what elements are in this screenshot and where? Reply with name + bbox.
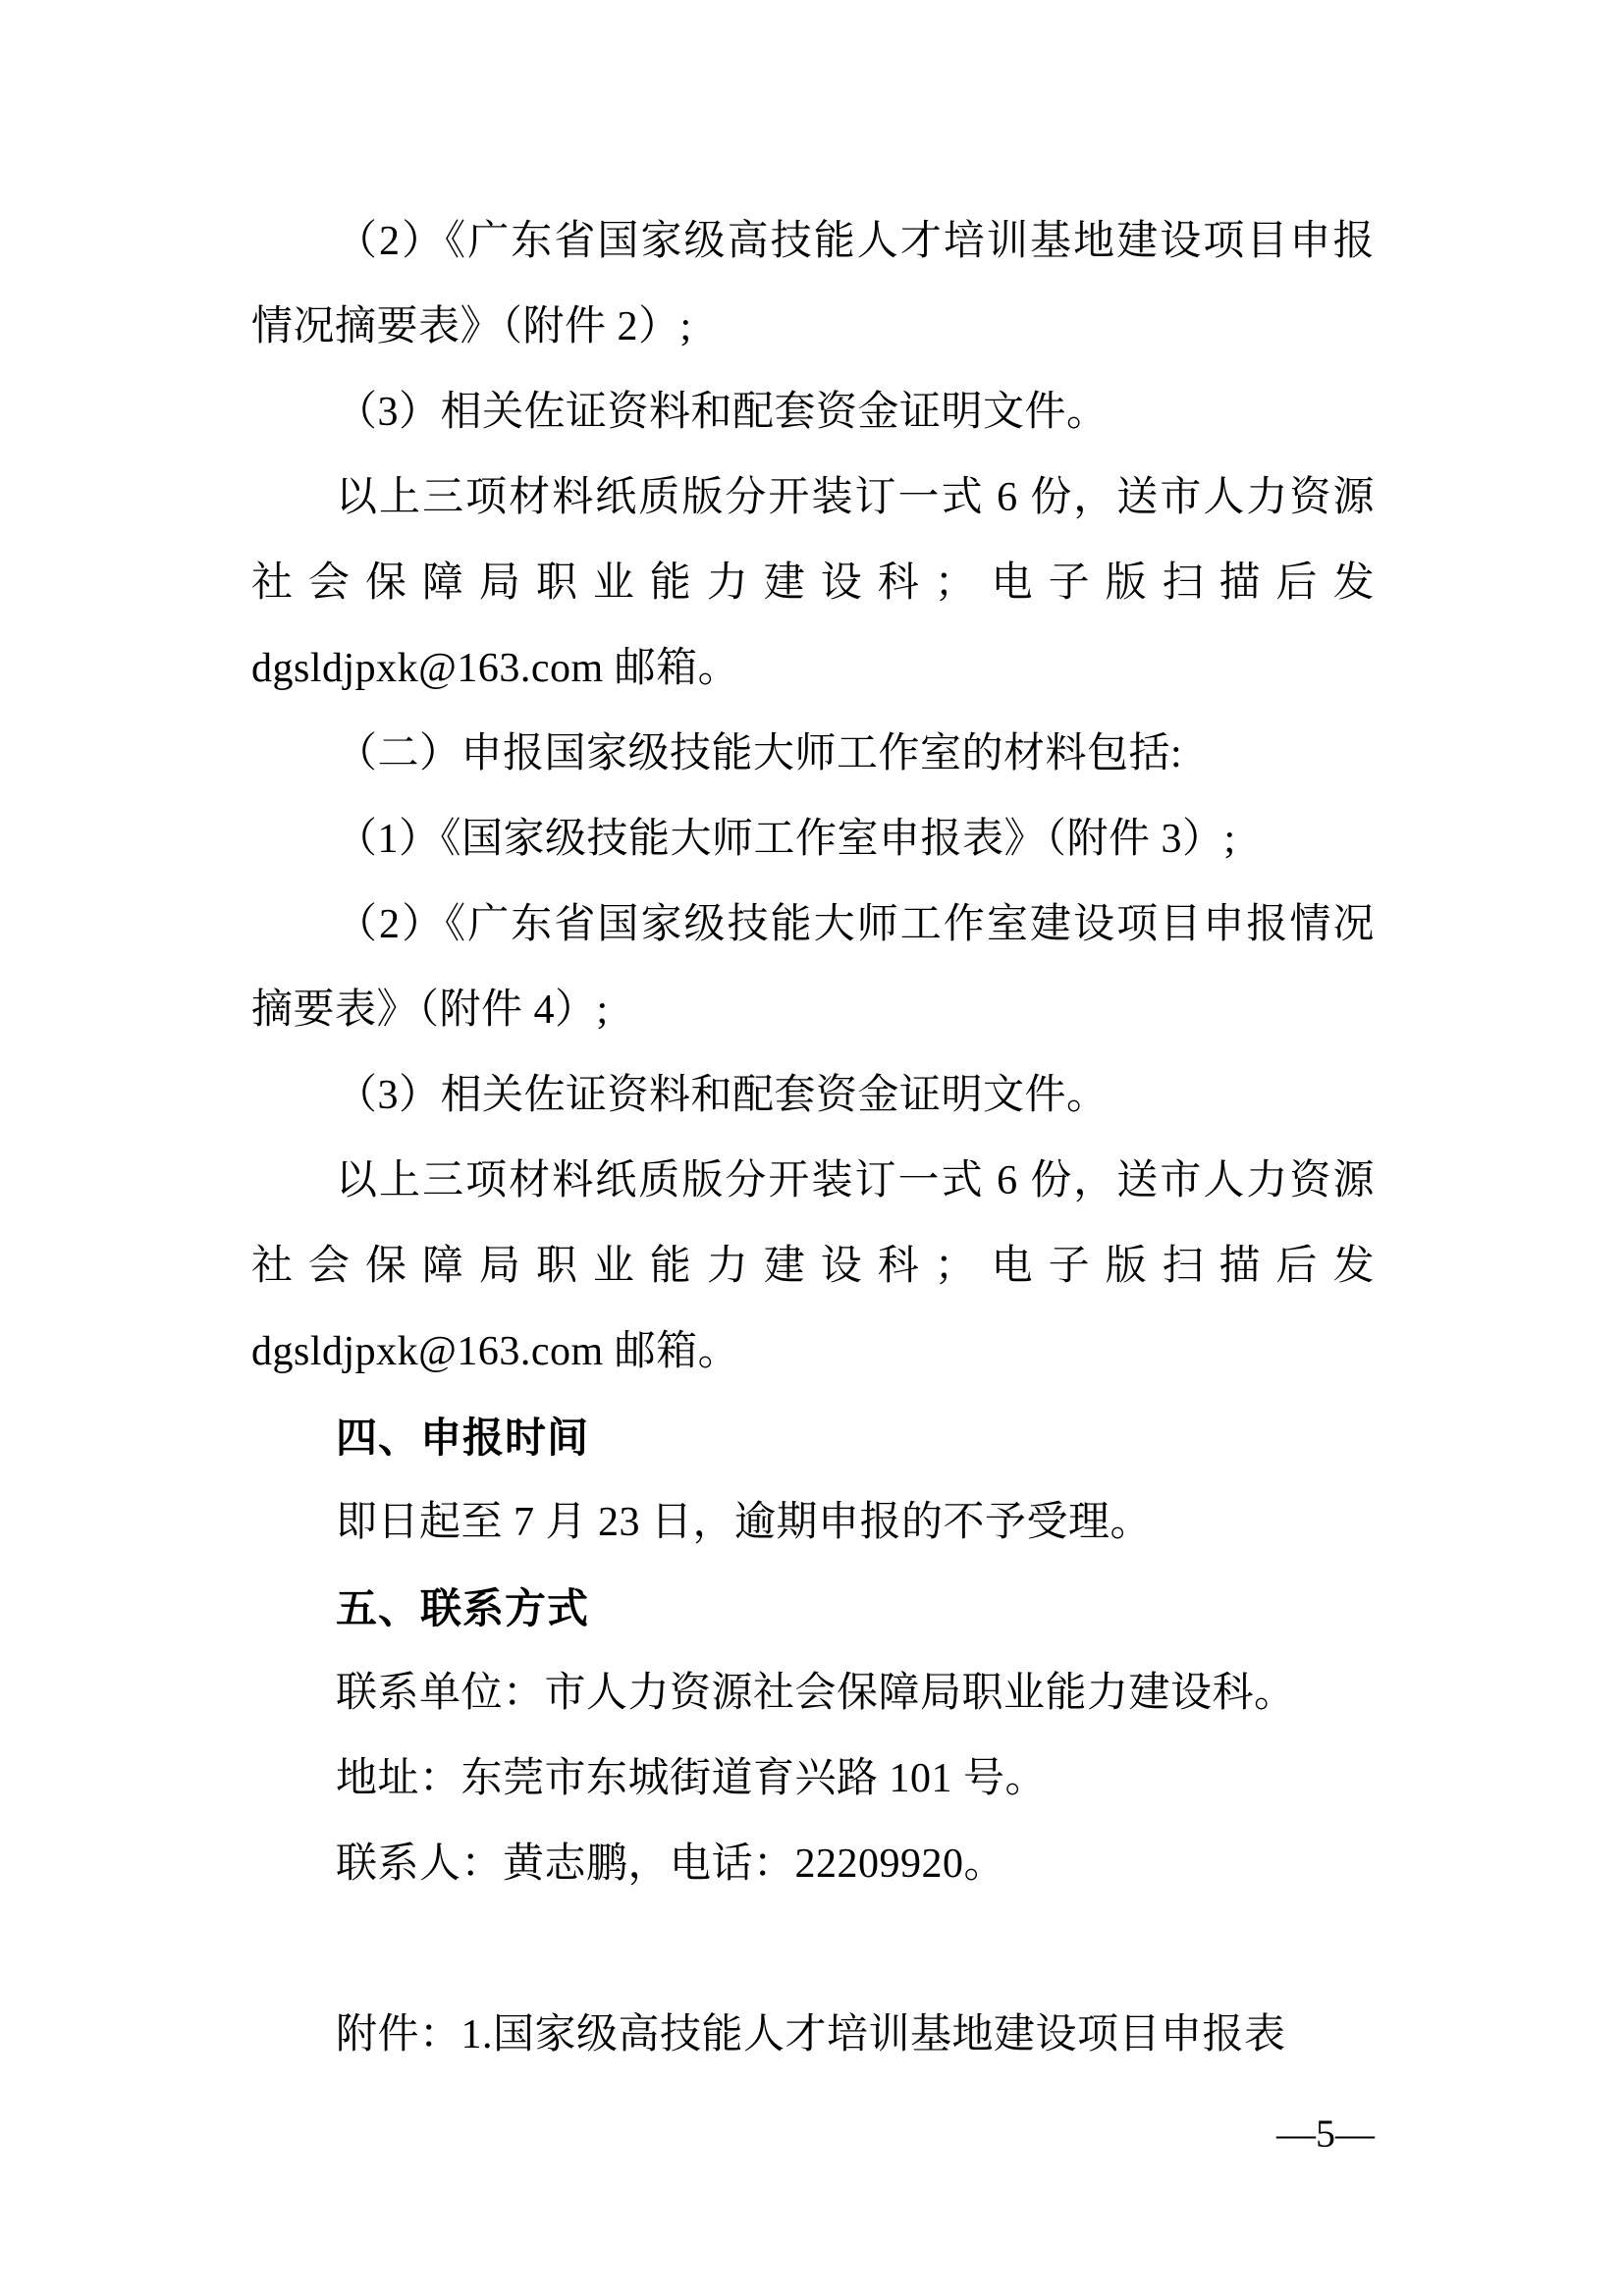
text-line: （二）申报国家级技能大师工作室的材料包括:	[251, 712, 1375, 797]
text-line: （3）相关佐证资料和配套资金证明文件。	[251, 370, 1375, 455]
text-line: （2）《广东省国家级技能大师工作室建设项目申报情况	[251, 882, 1375, 968]
attachment-line: 附件：1.国家级高技能人才培训基地建设项目申报表	[251, 1993, 1375, 2078]
section-heading-application-time: 四、申报时间	[251, 1395, 1375, 1480]
text-line: 摘要表》（附件 4）;	[251, 968, 1375, 1053]
text-line: （2）《广东省国家级高技能人才培训基地建设项目申报	[251, 199, 1375, 285]
text-line: 社会保障局职业能力建设科；电子版扫描后发	[251, 541, 1375, 626]
text-line: （1）《国家级技能大师工作室申报表》（附件 3）;	[251, 797, 1375, 882]
page-number: —5—	[1276, 2110, 1375, 2158]
blank-line	[251, 1907, 1375, 1993]
text-line: 以上三项材料纸质版分开装订一式 6 份，送市人力资源	[251, 1139, 1375, 1224]
text-line: 以上三项材料纸质版分开装订一式 6 份，送市人力资源	[251, 455, 1375, 541]
text-line: （3）相关佐证资料和配套资金证明文件。	[251, 1053, 1375, 1139]
text-line: 即日起至 7 月 23 日，逾期申报的不予受理。	[251, 1480, 1375, 1566]
email-line: dgsldjpxk@163.com 邮箱。	[251, 626, 1375, 712]
email-line: dgsldjpxk@163.com 邮箱。	[251, 1309, 1375, 1395]
document-body: （2）《广东省国家级高技能人才培训基地建设项目申报 情况摘要表》（附件 2）; …	[251, 199, 1375, 2078]
section-heading-contact-info: 五、联系方式	[251, 1566, 1375, 1651]
contact-person-line: 联系人：黄志鹏，电话：22209920。	[251, 1822, 1375, 1907]
contact-unit-line: 联系单位：市人力资源社会保障局职业能力建设科。	[251, 1651, 1375, 1736]
document-page: （2）《广东省国家级高技能人才培训基地建设项目申报 情况摘要表》（附件 2）; …	[0, 0, 1624, 2296]
text-line: 社会保障局职业能力建设科；电子版扫描后发	[251, 1224, 1375, 1309]
contact-address-line: 地址：东莞市东城街道育兴路 101 号。	[251, 1736, 1375, 1822]
text-line: 情况摘要表》（附件 2）;	[251, 285, 1375, 370]
